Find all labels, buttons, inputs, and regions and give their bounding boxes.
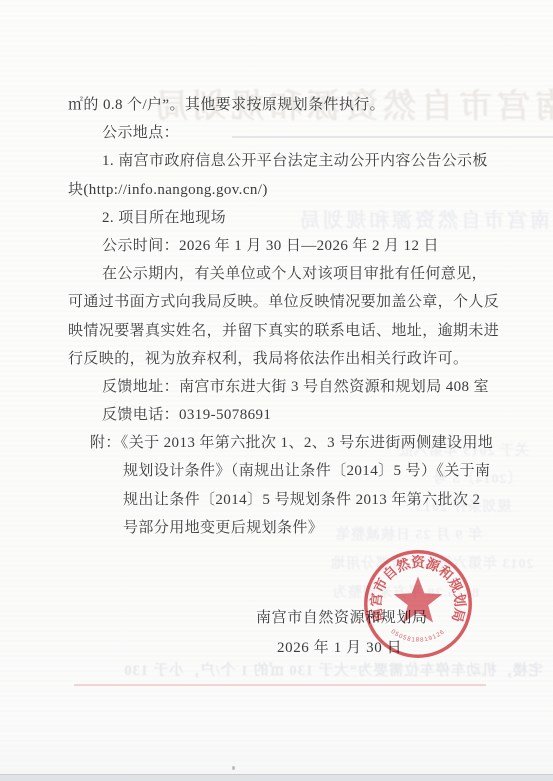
bleed-through-bottom-line: 宅楼，机动车停车位需要为“大于 130 ㎡的 1 个/户，小于 130 [68,659,543,680]
doc-line: ㎡的 0.8 个/户”。其他要求按原规划条件执行。 [68,91,508,119]
doc-line: 行反映的，视为放弃权利，我局将依法作出相关行政许可。 [68,345,508,373]
scanned-notice-page: 南宫市自然资源和规划局 南宫市自然资源和规划局 关于 2013 年第六批 〔20… [0,0,553,781]
doc-line-attachment: 附：《关于 2013 年第六批次 1、2、3 号东进街两侧建设用地 [68,429,508,457]
doc-line: 在公示期内，有关单位或个人对该项目审批有任何意见， [68,260,508,288]
doc-line: 1. 南宫市政府信息公开平台法定主动公开内容公告公示板 [68,147,508,175]
doc-line-url: 块(http://info.nangong.gov.cn/) [68,176,508,204]
seal-code: 0505818819126 [390,628,447,644]
doc-line-feedback-phone: 反馈电话：0319-5078691 [68,401,508,429]
doc-line: 可通过书面方式向我局反映。单位反映情况要加盖公章，个人反 [68,288,508,316]
doc-line-publicity-time: 公示时间：2026 年 1 月 30 日—2026 年 2 月 12 日 [68,232,508,260]
doc-line-attachment: 规出让条件〔2014〕5 号规划条件 2013 年第六批次 2 [68,486,508,514]
doc-line: 映情况要署真实姓名，并留下真实的联系电话、地址，逾期未进 [68,317,508,345]
official-seal: 南宫市自然资源和规划局 0505818819126 [362,548,474,660]
scan-speck [232,766,235,770]
doc-line: 公示地点： [68,119,508,147]
seal-star-icon [394,577,442,623]
doc-line: 2. 项目所在地现场 [68,204,508,232]
notice-body: ㎡的 0.8 个/户”。其他要求按原规划条件执行。 公示地点： 1. 南宫市政府… [68,91,508,542]
doc-line-attachment: 号部分用地变更后规划条件》 [68,514,508,542]
doc-line-feedback-address: 反馈地址：南宫市东进大街 3 号自然资源和规划局 408 室 [68,373,508,401]
scan-bottom-edge [0,774,553,781]
bleed-through-pink-rule [74,684,486,686]
doc-line-attachment: 规划设计条件》（南规出让条件〔2014〕5 号）《关于南 [68,457,508,485]
